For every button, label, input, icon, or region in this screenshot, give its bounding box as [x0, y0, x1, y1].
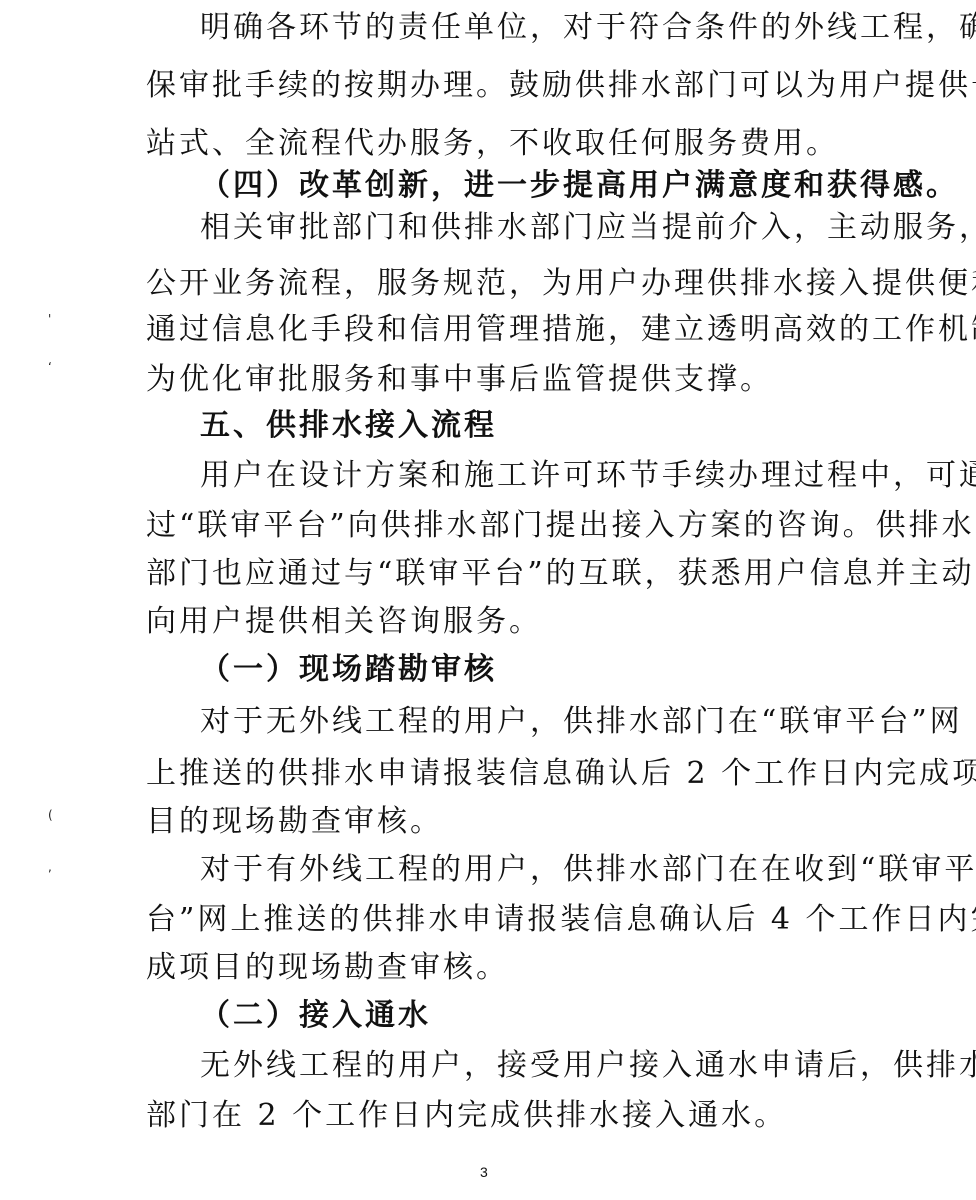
text-line: 部门也应通过与“联审平台”的互联，获悉用户信息并主动 [146, 556, 836, 592]
text-line: 为优化审批服务和事中事后监管提供支撑。 [146, 362, 836, 398]
scan-mark: ' [48, 312, 51, 326]
text-line: 明确各环节的责任单位，对于符合条件的外线工程，确 [200, 10, 890, 46]
text-line: 台”网上推送的供排水申请报装信息确认后 4 个工作日内完 [146, 902, 836, 938]
scan-mark: , [48, 860, 52, 874]
subsection-heading: （二）接入通水 [200, 998, 890, 1034]
text-line: 无外线工程的用户，接受用户接入通水申请后，供排水 [200, 1048, 890, 1084]
text-line: 通过信息化手段和信用管理措施，建立透明高效的工作机制， [146, 312, 836, 348]
text-line: 保审批手续的按期办理。鼓励供排水部门可以为用户提供一 [146, 68, 836, 104]
text-line: 上推送的供排水申请报装信息确认后 2 个工作日内完成项 [146, 756, 836, 792]
text-line: 向用户提供相关咨询服务。 [146, 604, 836, 640]
text-line: 部门在 2 个工作日内完成供排水接入通水。 [146, 1098, 836, 1134]
text-line: 用户在设计方案和施工许可环节手续办理过程中，可通 [200, 458, 890, 494]
text-line: 成项目的现场勘查审核。 [146, 950, 836, 986]
subsection-heading: （四）改革创新，进一步提高用户满意度和获得感。 [200, 168, 890, 204]
scan-mark: ‘ [48, 360, 52, 374]
section-heading: 五、供排水接入流程 [200, 408, 890, 444]
text-line: 站式、全流程代办服务，不收取任何服务费用。 [146, 126, 836, 162]
text-line: 相关审批部门和供排水部门应当提前介入，主动服务， [200, 210, 890, 246]
page-number: 3 [480, 1164, 488, 1180]
text-line: 目的现场勘查审核。 [146, 804, 836, 840]
text-line: 公开业务流程，服务规范，为用户办理供排水接入提供便利。 [146, 266, 836, 302]
scan-mark: ( [48, 808, 53, 822]
text-line: 对于无外线工程的用户，供排水部门在“联审平台”网 [200, 704, 890, 740]
text-line: 对于有外线工程的用户，供排水部门在在收到“联审平 [200, 852, 890, 888]
text-line: 过“联审平台”向供排水部门提出接入方案的咨询。供排水 [146, 508, 836, 544]
subsection-heading: （一）现场踏勘审核 [200, 652, 890, 688]
